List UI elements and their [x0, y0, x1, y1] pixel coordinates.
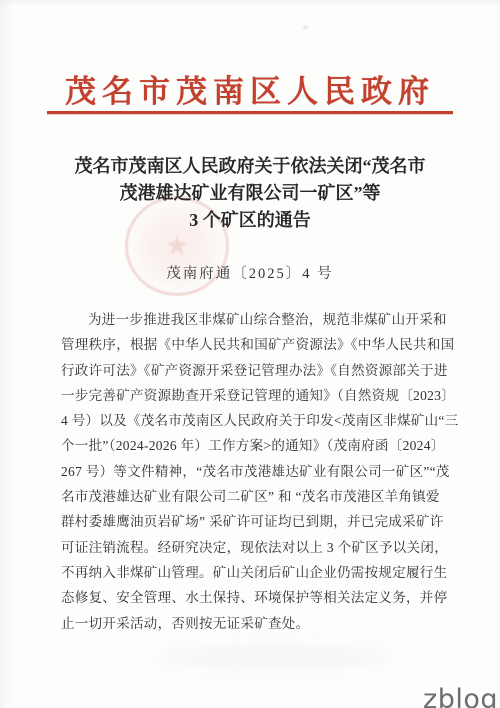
body-line: 4 号）以及《茂名市茂南区人民政府关于印发<茂南区非煤矿山“三 — [61, 408, 453, 433]
body-line: 267 号）等文件精神，“茂名市茂港雄达矿业有限公司一矿区”“茂 — [61, 459, 453, 484]
body-line: 管理秩序，根据《中华人民共和国矿产资源法》《中华人民共和国 — [61, 332, 453, 357]
scan-artifact — [160, 645, 390, 669]
red-divider-line — [47, 111, 453, 114]
notice-body: 为进一步推进我区非煤矿山综合整治，规范非煤矿山开采和管理秩序，根据《中华人民共和… — [61, 307, 453, 636]
notice-title: 茂名市茂南区人民政府关于依法关闭“茂名市茂港雄达矿业有限公司一矿区”等3 个矿区… — [25, 153, 475, 234]
body-line: 行政许可法》《矿产资源开采登记管理办法》《自然资源部关于进 — [61, 358, 453, 383]
scan-edge-shade — [0, 0, 500, 8]
body-line: 群村委雄鹰油页岩矿场” 采矿许可证均已到期，并已完成采矿许 — [61, 509, 453, 534]
body-line: 一步完善矿产资源勘查开采登记管理的通知》（自然资规〔2023〕 — [61, 383, 453, 408]
body-line: 不再纳入非煤矿山管理。矿山关闭后矿山企业仍需按规定履行生 — [61, 560, 453, 585]
document-number: 茂南府通〔2025〕4 号 — [0, 262, 500, 283]
agency-name-header: 茂名市茂南区人民政府 — [0, 66, 500, 111]
body-line: 态修复、安全管理、水土保持、环境保护等相关法定义务，并停 — [61, 585, 453, 610]
body-line: 名市茂港雄达矿业有限公司二矿区” 和 “茂名市茂港区羊角镇爱 — [61, 484, 453, 509]
site-watermark: zblog — [423, 684, 498, 708]
scan-artifact — [303, 26, 308, 29]
notice-title-line: 茂名市茂南区人民政府关于依法关闭“茂名市 — [25, 153, 475, 180]
body-line: 止一切开采活动，否则按无证采矿查处。 — [61, 611, 453, 636]
document-page: 茂名市茂南区人民政府 ★ 茂名市茂南区人民政府关于依法关闭“茂名市茂港雄达矿业有… — [0, 0, 500, 708]
body-line: 可证注销流程。经研究决定，现依法对以上 3 个矿区予以关闭， — [61, 535, 453, 560]
body-line: 为进一步推进我区非煤矿山综合整治，规范非煤矿山开采和 — [61, 307, 453, 332]
notice-title-line: 茂港雄达矿业有限公司一矿区”等 — [25, 180, 475, 207]
body-line: 个一批”（2024-2026 年）工作方案>的通知》（茂南府函〔2024〕 — [61, 433, 453, 458]
notice-title-line: 3 个矿区的通告 — [25, 207, 475, 234]
